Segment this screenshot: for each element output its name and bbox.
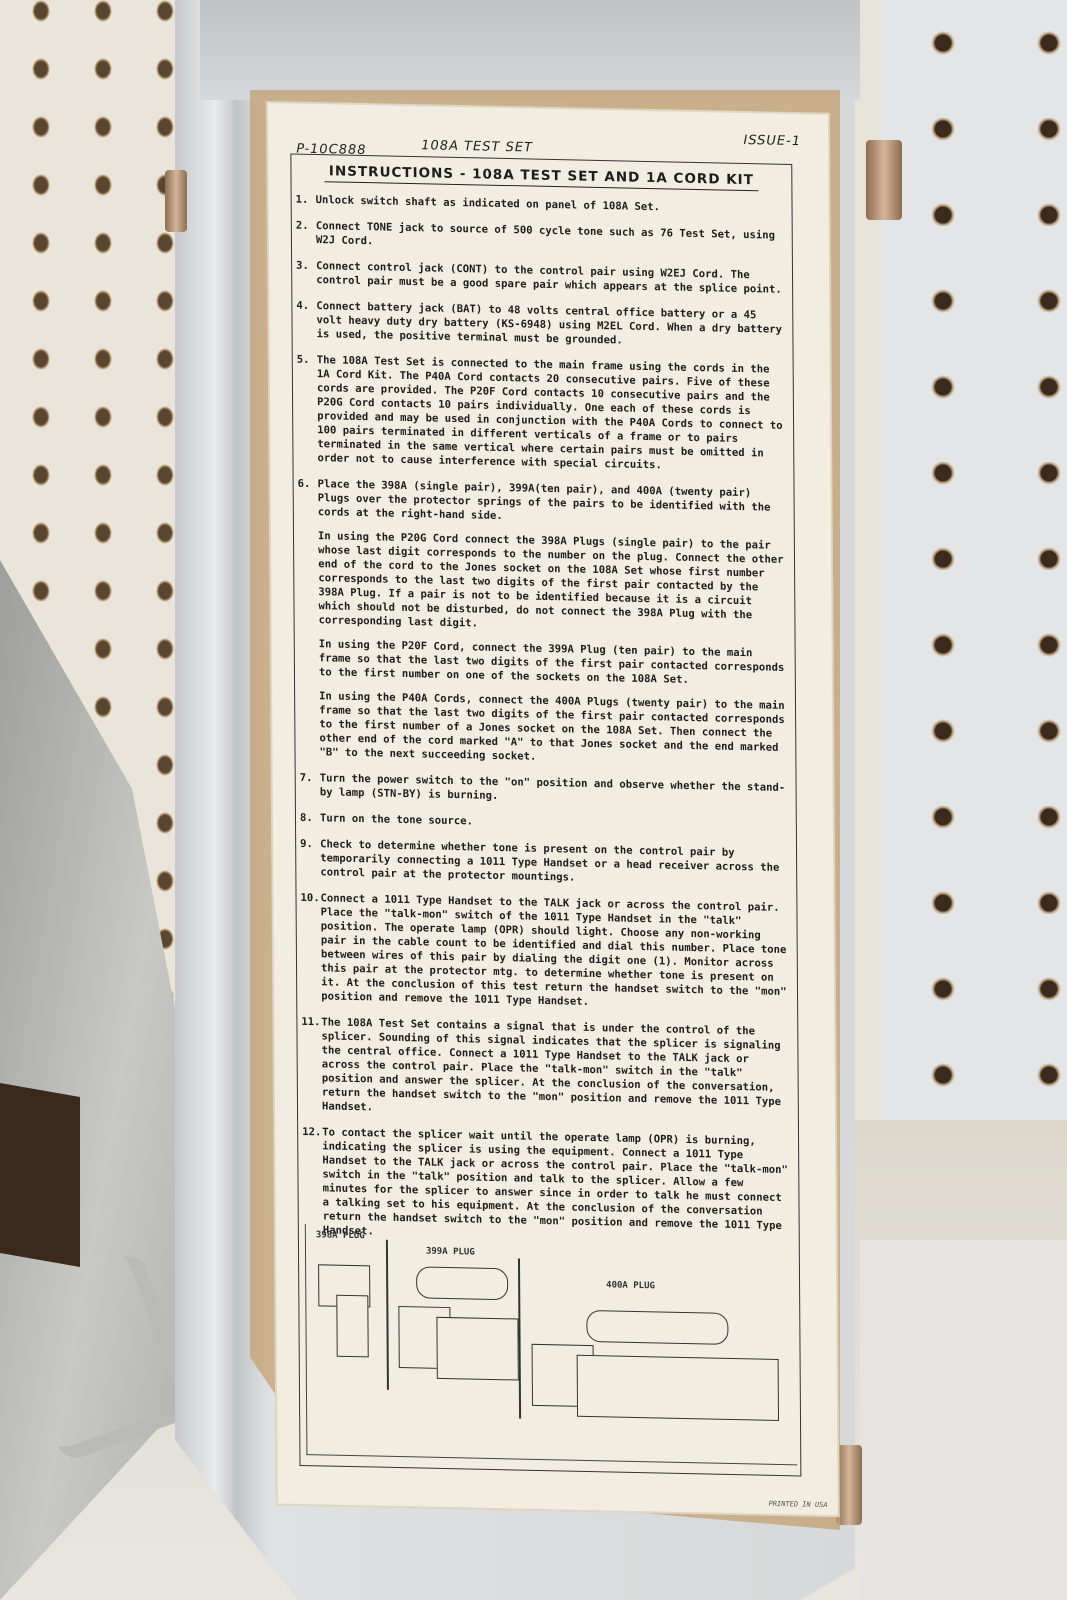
instruction-step: 9.Check to determine whether tone is pre… bbox=[300, 837, 790, 889]
instruction-step: 4.Connect battery jack (BAT) to 48 volts… bbox=[296, 299, 786, 351]
step-number: 2. bbox=[296, 219, 316, 247]
instruction-step: 11.The 108A Test Set contains a signal t… bbox=[301, 1015, 792, 1123]
step-number: 4. bbox=[296, 299, 316, 341]
step-number: 5. bbox=[297, 353, 318, 465]
diagram-label-398a: 398A PLUG bbox=[316, 1230, 365, 1241]
pegboard-right bbox=[880, 0, 1067, 1260]
step-number: 11. bbox=[301, 1015, 322, 1113]
step-number: 3. bbox=[296, 259, 316, 287]
case-opening bbox=[0, 1083, 80, 1267]
set-name: 108A TEST SET bbox=[421, 138, 533, 155]
step-body: The 108A Test Set contains a signal that… bbox=[321, 1015, 792, 1123]
step-body: Connect battery jack (BAT) to 48 volts c… bbox=[316, 299, 786, 351]
instruction-step: 8.Turn on the tone source. bbox=[300, 811, 790, 835]
step-number: 1. bbox=[296, 193, 316, 207]
hinge-icon bbox=[866, 140, 902, 220]
step-paragraph: Turn the power switch to the "on" positi… bbox=[320, 771, 790, 809]
instructions-box: INSTRUCTIONS - 108A TEST SET AND 1A CORD… bbox=[290, 153, 801, 1476]
instruction-steps: 1.Unlock switch shaft as indicated on pa… bbox=[292, 193, 799, 1248]
step-number: 8. bbox=[300, 811, 320, 825]
step-number: 7. bbox=[300, 771, 320, 799]
plug-399a-drawing bbox=[416, 1266, 508, 1300]
door-frame-top bbox=[200, 0, 860, 100]
step-paragraph: Connect TONE jack to source of 500 cycle… bbox=[316, 219, 786, 257]
step-paragraph: Connect battery jack (BAT) to 48 volts c… bbox=[316, 299, 786, 351]
step-body: Turn the power switch to the "on" positi… bbox=[320, 771, 790, 809]
instruction-step: 3.Connect control jack (CONT) to the con… bbox=[296, 259, 786, 297]
step-paragraph: The 108A Test Set is connected to the ma… bbox=[317, 353, 788, 475]
step-paragraph: In using the P20G Cord connect the 398A … bbox=[318, 529, 789, 637]
instruction-step: 7.Turn the power switch to the "on" posi… bbox=[300, 771, 790, 809]
instruction-step: 6.Place the 398A (single pair), 399A(ten… bbox=[298, 477, 790, 769]
step-body: The 108A Test Set is connected to the ma… bbox=[317, 353, 788, 475]
step-paragraph: Connect control jack (CONT) to the contr… bbox=[316, 259, 786, 297]
step-paragraph: The 108A Test Set contains a signal that… bbox=[321, 1015, 792, 1123]
step-body: Check to determine whether tone is prese… bbox=[320, 837, 790, 889]
step-paragraph: Check to determine whether tone is prese… bbox=[320, 837, 790, 889]
plug-399a-drawing bbox=[436, 1317, 518, 1381]
plug-400a-drawing bbox=[586, 1310, 728, 1345]
step-paragraph: Place the 398A (single pair), 399A(ten p… bbox=[318, 477, 788, 529]
diagram-label-399a: 399A PLUG bbox=[426, 1247, 475, 1258]
printed-in-usa: PRINTED IN USA bbox=[769, 1500, 828, 1509]
issue-label: ISSUE-1 bbox=[743, 133, 801, 149]
step-number: 10. bbox=[300, 891, 321, 1003]
step-paragraph: Connect a 1011 Type Handset to the TALK … bbox=[320, 891, 791, 1013]
diagram-label-400a: 400A PLUG bbox=[606, 1280, 655, 1291]
diagram-divider bbox=[386, 1240, 389, 1390]
instruction-step: 10.Connect a 1011 Type Handset to the TA… bbox=[300, 891, 791, 1013]
step-number: 6. bbox=[298, 477, 320, 760]
step-body: Connect TONE jack to source of 500 cycle… bbox=[316, 219, 786, 257]
instruction-step: 2.Connect TONE jack to source of 500 cyc… bbox=[296, 219, 786, 257]
hinge-icon bbox=[165, 170, 187, 232]
card-title: INSTRUCTIONS - 108A TEST SET AND 1A CORD… bbox=[291, 163, 791, 189]
instruction-step: 5.The 108A Test Set is connected to the … bbox=[297, 353, 788, 475]
step-number: 9. bbox=[300, 837, 320, 879]
step-body: Turn on the tone source. bbox=[320, 811, 473, 828]
shelf-floor-right bbox=[860, 1240, 1067, 1600]
plug-398a-drawing bbox=[336, 1295, 368, 1358]
step-paragraph: Turn on the tone source. bbox=[320, 811, 473, 828]
step-number: 12. bbox=[302, 1125, 323, 1237]
instruction-card: P-10C888 108A TEST SET ISSUE-1 INSTRUCTI… bbox=[268, 103, 838, 1515]
plug-400a-drawing bbox=[577, 1355, 779, 1421]
plug-diagrams: 398A PLUG 399A PLUG 400A PLUG bbox=[305, 1224, 798, 1465]
step-paragraph: Unlock switch shaft as indicated on pane… bbox=[316, 193, 660, 214]
step-paragraph: In using the P20F Cord, connect the 399A… bbox=[319, 637, 789, 689]
step-paragraph: In using the P40A Cords, connect the 400… bbox=[319, 689, 789, 769]
step-body: Unlock switch shaft as indicated on pane… bbox=[316, 193, 660, 214]
instruction-step: 1.Unlock switch shaft as indicated on pa… bbox=[296, 193, 786, 217]
step-body: Connect control jack (CONT) to the contr… bbox=[316, 259, 786, 297]
step-body: Place the 398A (single pair), 399A(ten p… bbox=[318, 477, 790, 769]
card-header: P-10C888 108A TEST SET ISSUE-1 bbox=[296, 132, 796, 142]
step-body: Connect a 1011 Type Handset to the TALK … bbox=[320, 891, 791, 1013]
